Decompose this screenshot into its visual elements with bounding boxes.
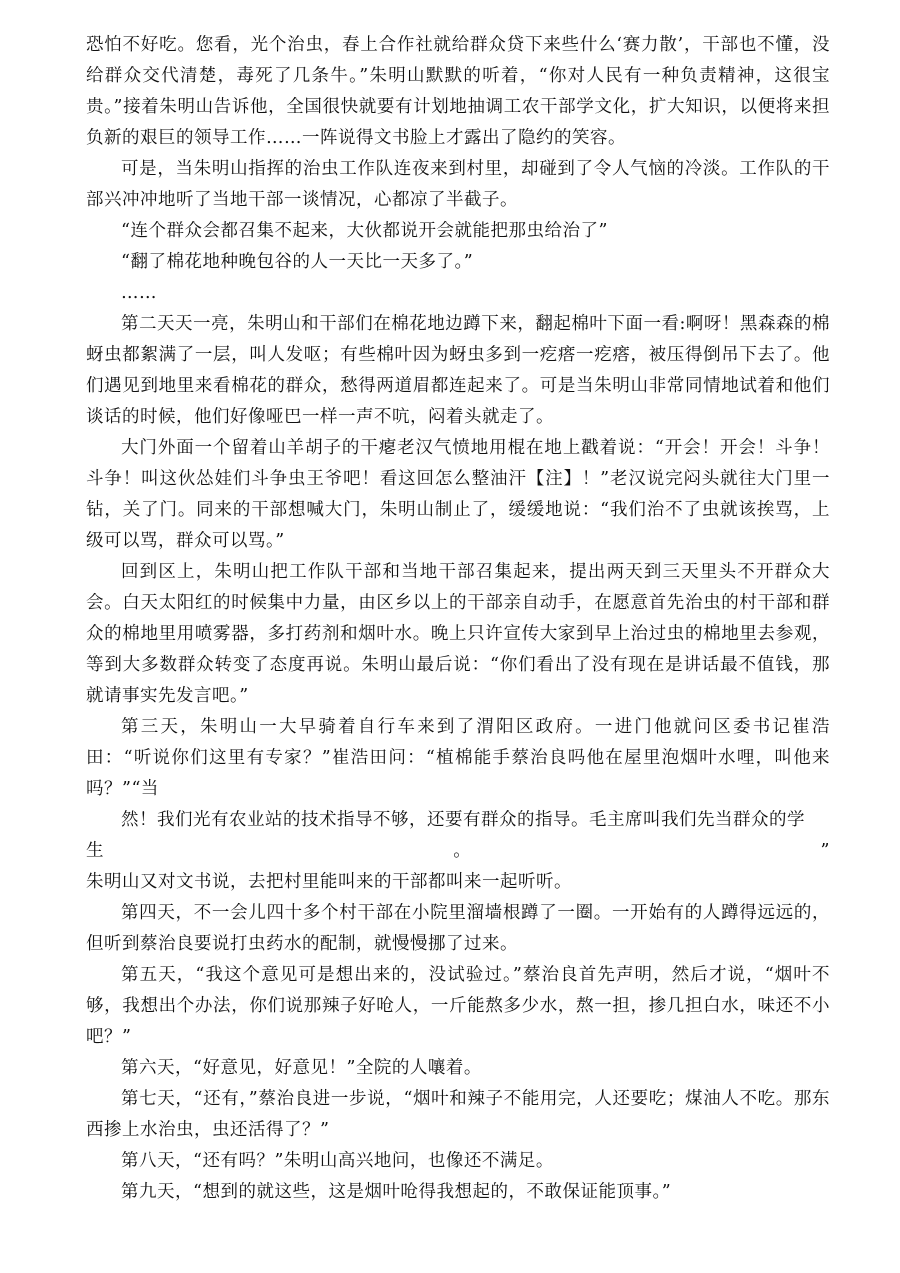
split-right: ”: [821, 836, 830, 867]
paragraph: 回到区上，朱明山把工作队干部和当地干部召集起来，提出两天到三天里头不开群众大会。…: [86, 557, 830, 712]
quote-line: “连个群众会都召集不起来，大伙都说开会就能把那虫给治了”: [86, 216, 830, 247]
paragraph: 然！我们光有农业站的技术指导不够，还要有群众的指导。毛主席叫我们先当群众的学: [86, 805, 830, 836]
paragraph-continued: 朱明山又对文书说，去把村里能叫来的干部都叫来一起听听。: [86, 867, 830, 898]
paragraph: 第四天，不一会儿四十多个村干部在小院里溜墙根蹲了一圈。一开始有的人蹲得远远的，但…: [86, 898, 830, 960]
paragraph: 第九天，“想到的就这些，这是烟叶呛得我想起的，不敢保证能顶事。”: [86, 1177, 830, 1208]
split-line: 生 。 ”: [86, 836, 830, 867]
paragraph: 第五天，“我这个意见可是想出来的，没试验过。”蔡治良首先声明，然后才说，“烟叶不…: [86, 960, 830, 1053]
paragraph: 大门外面一个留着山羊胡子的干瘪老汉气愤地用棍在地上戳着说：“开会！开会！斗争！斗…: [86, 433, 830, 557]
paragraph: 第三天，朱明山一大早骑着自行车来到了渭阳区政府。一进门他就问区委书记崔浩田：“听…: [86, 712, 830, 805]
split-left: 生: [86, 836, 104, 867]
paragraph: 第六天，“好意见，好意见！”全院的人嚷着。: [86, 1053, 830, 1084]
paragraph-continued: 恐怕不好吃。您看，光个治虫，春上合作社就给群众贷下来些什么‘赛力散’，干部也不懂…: [86, 30, 830, 154]
ellipsis-line: ……: [86, 278, 830, 309]
paragraph: 可是，当朱明山指挥的治虫工作队连夜来到村里，却碰到了令人气恼的冷淡。工作队的干部…: [86, 154, 830, 216]
quote-line: “翻了棉花地种晚包谷的人一天比一天多了。”: [86, 247, 830, 278]
paragraph: 第七天，“还有，”蔡治良进一步说，“烟叶和辣子不能用完，人还要吃；煤油人不吃。那…: [86, 1084, 830, 1146]
document-page: 恐怕不好吃。您看，光个治虫，春上合作社就给群众贷下来些什么‘赛力散’，干部也不懂…: [86, 30, 830, 1208]
split-middle: 。: [453, 836, 471, 867]
paragraph: 第二天天一亮，朱明山和干部们在棉花地边蹲下来，翻起棉叶下面一看:啊呀！黑森森的棉…: [86, 309, 830, 433]
paragraph: 第八天，“还有吗？”朱明山高兴地问，也像还不满足。: [86, 1146, 830, 1177]
